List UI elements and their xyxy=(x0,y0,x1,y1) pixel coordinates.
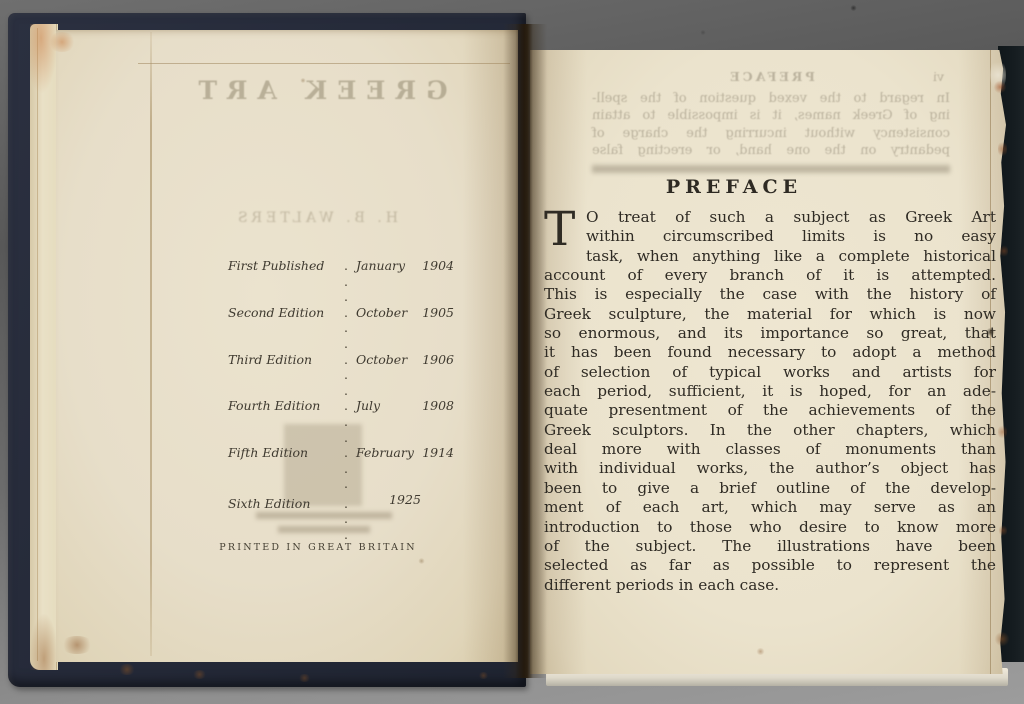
foxing-spot xyxy=(850,5,857,11)
edition-date: February 1914 xyxy=(356,445,454,461)
edition-date: October 1905 xyxy=(356,305,454,321)
book-photograph: GREEK ART H. B. WALTERS First Published … xyxy=(0,0,1024,704)
preface-line: been to give a brief outline of the deve… xyxy=(544,479,996,498)
preface-line: task, when anything like a complete hist… xyxy=(544,247,996,266)
show-through-line: consistency without incurring the charge… xyxy=(592,125,950,143)
edition-month: February xyxy=(356,445,414,461)
edition-date: January 1904 xyxy=(356,258,454,274)
edition-label: Third Edition xyxy=(228,352,336,368)
dot-leader: . . . xyxy=(336,445,356,492)
show-through-author: H. B. WALTERS xyxy=(85,210,547,226)
preface-line: This is especially the case with the his… xyxy=(544,285,996,304)
show-through-line: pedantry on the one hand, or erecting fa… xyxy=(592,142,950,160)
edition-history: First Published . . . January 1904 Secon… xyxy=(228,258,454,542)
left-page: GREEK ART H. B. WALTERS First Published … xyxy=(56,30,518,662)
dot-leader: . . . xyxy=(336,496,356,543)
printer-imprint: PRINTED IN GREAT BRITAIN xyxy=(87,542,549,553)
edition-year: 1914 xyxy=(422,445,454,461)
dot-leader: . . . xyxy=(336,258,356,305)
preface-line: with individual works, the author’s obje… xyxy=(544,459,996,478)
preface-heading: PREFACE xyxy=(496,176,972,198)
preface-line: Greek sculptors. In the other chapters, … xyxy=(544,421,996,440)
edition-row: Fourth Edition . . . July 1908 xyxy=(228,398,454,445)
preface-line: account of every branch of it is attempt… xyxy=(544,266,996,285)
show-through-line-blur xyxy=(592,165,950,173)
edition-year: 1925 xyxy=(389,492,421,508)
edge-stain xyxy=(30,614,58,670)
gutter-shadow xyxy=(503,24,547,678)
preface-line: different periods in each case. xyxy=(544,576,996,595)
preface-line: within circumscribed limits is no easy xyxy=(544,227,996,246)
foxing-spot xyxy=(700,30,706,35)
preface-line: quate presentment of the achievements of… xyxy=(544,401,996,420)
edition-date: July 1908 xyxy=(356,398,454,414)
edition-month: January xyxy=(356,258,405,274)
edition-date: 1925 xyxy=(356,492,454,508)
page-edge-crease xyxy=(37,28,38,661)
flyleaf-top-crease xyxy=(138,63,510,64)
preface-paragraph: T O treat of such a subject as Greek Art… xyxy=(544,208,996,595)
preface-line: ment of each art, which may serve as an xyxy=(544,498,996,517)
drop-cap: T xyxy=(544,211,577,249)
preface-line: Greek sculpture, the material for which … xyxy=(544,305,996,324)
edge-stain xyxy=(30,24,58,94)
page-edge-stack xyxy=(30,24,58,670)
edition-year: 1906 xyxy=(422,352,454,368)
edition-month: October xyxy=(356,305,407,321)
dot-leader: . . . xyxy=(336,398,356,445)
edition-month: July xyxy=(356,398,380,414)
show-through-line: ing of Greek names, it is impossible to … xyxy=(592,107,950,125)
edition-row: Sixth Edition . . . 1925 xyxy=(228,492,454,542)
show-through-running-head: vi PREFACE xyxy=(592,68,950,86)
edition-row: Second Edition . . . October 1905 xyxy=(228,305,454,352)
edition-year: 1908 xyxy=(422,398,454,414)
edition-label: Second Edition xyxy=(228,305,336,321)
edition-row: First Published . . . January 1904 xyxy=(228,258,454,305)
preface-line: so enormous, and its importance so great… xyxy=(544,324,996,343)
edition-date: October 1906 xyxy=(356,352,454,368)
edition-label: First Published xyxy=(228,258,336,274)
preface-line: O treat of such a subject as Greek Art xyxy=(544,208,996,227)
right-page: vi PREFACE In regard to the vexed questi… xyxy=(530,50,1006,674)
dot-leader: . . . xyxy=(336,305,356,352)
endpaper-hinge-line xyxy=(150,32,152,656)
preface-line: selected as far as possible to represent… xyxy=(544,556,996,575)
preface-line: it has been found necessary to adopt a m… xyxy=(544,343,996,362)
preface-line: of selection of typical works and artist… xyxy=(544,363,996,382)
edition-row: Third Edition . . . October 1906 xyxy=(228,352,454,399)
edition-label: Fourth Edition xyxy=(228,398,336,414)
preface-line: deal more with classes of monuments than xyxy=(544,440,996,459)
edition-year: 1904 xyxy=(422,258,454,274)
edition-year: 1905 xyxy=(422,305,454,321)
preface-line: introduction to those who desire to know… xyxy=(544,518,996,537)
show-through-header-label: PREFACE xyxy=(727,69,815,84)
edition-label: Sixth Edition xyxy=(228,496,336,512)
show-through-text-block: vi PREFACE In regard to the vexed questi… xyxy=(592,68,950,173)
show-through-page-number: vi xyxy=(933,68,944,86)
preface-line: each period, sufficient, it is hoped, fo… xyxy=(544,382,996,401)
edition-label: Fifth Edition xyxy=(228,445,336,461)
edition-month: October xyxy=(356,352,407,368)
edition-row: Fifth Edition . . . February 1914 xyxy=(228,445,454,492)
dot-leader: . . . xyxy=(336,352,356,399)
preface-line: of the subject. The illustrations have b… xyxy=(544,537,996,556)
show-through-title: GREEK ART xyxy=(87,76,549,105)
show-through-line: In regard to the vexed question of the s… xyxy=(592,90,950,108)
